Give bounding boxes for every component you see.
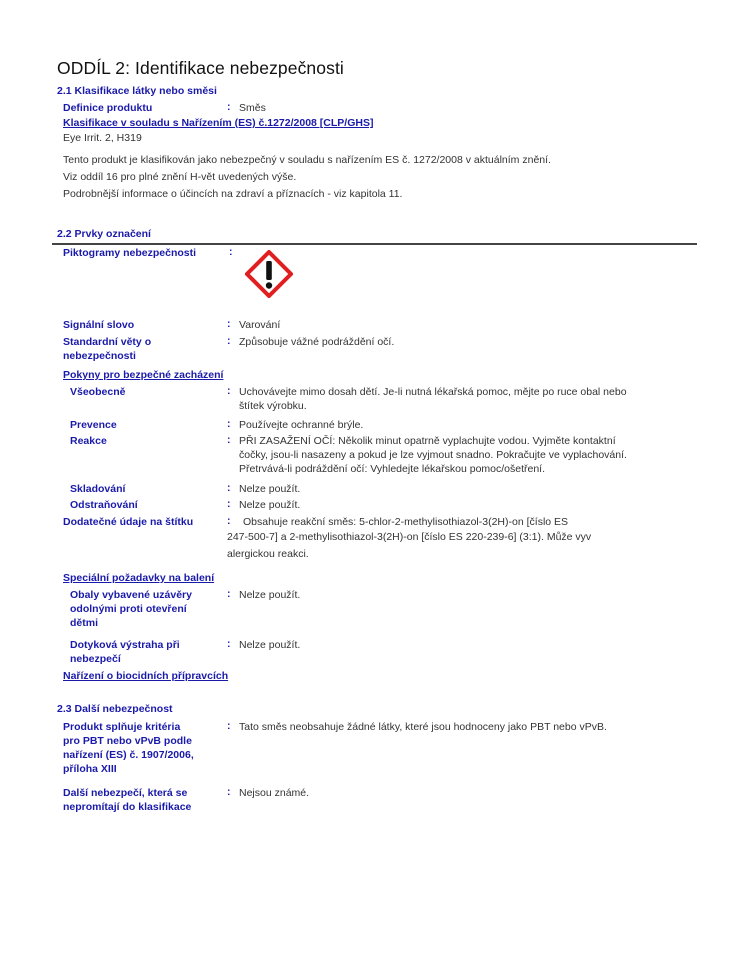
pbt-criteria-label-line: Produkt splňuje kritéria <box>63 720 194 734</box>
disposal-label: Odstraňování <box>70 498 138 512</box>
pbt-criteria-label: Produkt splňuje kritéria pro PBT nebo vP… <box>63 720 194 776</box>
storage-label: Skladování <box>70 482 125 496</box>
colon: : <box>227 786 231 798</box>
hazard-statements-label-line: nebezpečnosti <box>63 349 151 363</box>
hazard-statements-label-line: Standardní věty o <box>63 335 151 349</box>
response-label: Reakce <box>70 434 107 448</box>
product-definition-value: Směs <box>239 101 266 115</box>
tactile-warning-label: Dotyková výstraha při nebezpečí <box>70 638 180 666</box>
response-value-line: Přetrvává-li podráždění očí: Vyhledejte … <box>239 462 627 476</box>
general-label: Všeobecně <box>70 385 125 399</box>
clp-classification-link[interactable]: Klasifikace v souladu s Nařízením (ES) č… <box>63 117 373 129</box>
signal-word-label: Signální slovo <box>63 318 134 332</box>
storage-value: Nelze použít. <box>239 482 300 496</box>
pbt-criteria-label-line: příloha XIII <box>63 762 194 776</box>
colon: : <box>227 101 231 113</box>
child-resistant-label-line: Obaly vybavené uzávěry <box>70 588 192 602</box>
response-value: PŘI ZASAŽENÍ OČÍ: Několik minut opatrně … <box>239 434 627 476</box>
general-value: Uchovávejte mimo dosah dětí. Je-li nutná… <box>239 385 627 413</box>
ghs07-exclamation-icon <box>245 250 293 298</box>
biocide-regulation-link[interactable]: Nařízení o biocidních přípravcích <box>63 670 228 682</box>
colon: : <box>227 515 231 527</box>
classification-paragraph-1: Tento produkt je klasifikován jako nebez… <box>63 153 551 167</box>
pbt-criteria-label-line: nařízení (ES) č. 1907/2006, <box>63 748 194 762</box>
tactile-warning-label-line: Dotyková výstraha při <box>70 638 180 652</box>
supplemental-value-line-2: 247-500-7] a 2-methylisothiazol-3(2H)-on… <box>227 530 591 544</box>
colon: : <box>227 318 231 330</box>
product-definition-label: Definice produktu <box>63 101 152 115</box>
general-value-line: štítek výrobku. <box>239 399 627 413</box>
subsection-2-2-heading: 2.2 Prvky označení <box>57 228 151 240</box>
response-value-line: čočky, jsou-li nasazeny a pokud je lze v… <box>239 448 627 462</box>
precautionary-statements-link[interactable]: Pokyny pro bezpečné zacházení <box>63 369 223 381</box>
tactile-warning-label-line: nebezpečí <box>70 652 180 666</box>
other-hazards-label-line: Další nebezpečí, která se <box>63 786 191 800</box>
pbt-criteria-value: Tato směs neobsahuje žádné látky, které … <box>239 720 607 734</box>
colon: : <box>227 588 231 600</box>
other-hazards-value: Nejsou známé. <box>239 786 309 800</box>
supplemental-value-line-1: Obsahuje reakční směs: 5-chlor-2-methyli… <box>243 515 568 529</box>
classification-paragraph-3: Podrobnější informace o účincích na zdra… <box>63 187 402 201</box>
subsection-2-3-heading: 2.3 Další nebezpečnost <box>57 703 173 715</box>
colon: : <box>227 385 231 397</box>
prevention-value: Používejte ochranné brýle. <box>239 418 363 432</box>
supplemental-value-line-3: alergickou reakci. <box>227 547 309 561</box>
response-value-line: PŘI ZASAŽENÍ OČÍ: Několik minut opatrně … <box>239 434 627 448</box>
packaging-requirements-link[interactable]: Speciální požadavky na balení <box>63 572 214 584</box>
supplemental-label: Dodatečné údaje na štítku <box>63 515 193 529</box>
colon: : <box>227 434 231 446</box>
colon: : <box>227 418 231 430</box>
pictograms-label: Piktogramy nebezpečnosti <box>63 246 196 260</box>
hazard-statements-value: Způsobuje vážné podráždění očí. <box>239 335 394 349</box>
child-resistant-label: Obaly vybavené uzávěry odolnými proti ot… <box>70 588 192 630</box>
tactile-warning-value: Nelze použít. <box>239 638 300 652</box>
general-value-line: Uchovávejte mimo dosah dětí. Je-li nutná… <box>239 385 627 399</box>
section-title: ODDÍL 2: Identifikace nebezpečnosti <box>57 58 344 79</box>
sds-page: ODDÍL 2: Identifikace nebezpečnosti 2.1 … <box>0 0 740 958</box>
hazard-statements-label: Standardní věty o nebezpečnosti <box>63 335 151 363</box>
prevention-label: Prevence <box>70 418 117 432</box>
colon: : <box>227 498 231 510</box>
classification-value: Eye Irrit. 2, H319 <box>63 131 142 145</box>
section-divider <box>52 243 697 245</box>
pbt-criteria-label-line: pro PBT nebo vPvB podle <box>63 734 194 748</box>
child-resistant-label-line: odolnými proti otevření <box>70 602 192 616</box>
colon: : <box>227 720 231 732</box>
signal-word-value: Varování <box>239 318 280 332</box>
colon: : <box>227 335 231 347</box>
disposal-value: Nelze použít. <box>239 498 300 512</box>
child-resistant-label-line: dětmi <box>70 616 192 630</box>
colon: : <box>227 638 231 650</box>
classification-paragraph-2: Viz oddíl 16 pro plné znění H-vět uveden… <box>63 170 296 184</box>
child-resistant-value: Nelze použít. <box>239 588 300 602</box>
colon: : <box>229 246 233 258</box>
subsection-2-1-heading: 2.1 Klasifikace látky nebo směsi <box>57 85 217 97</box>
other-hazards-label: Další nebezpečí, která se nepromítají do… <box>63 786 191 814</box>
colon: : <box>227 482 231 494</box>
other-hazards-label-line: nepromítají do klasifikace <box>63 800 191 814</box>
